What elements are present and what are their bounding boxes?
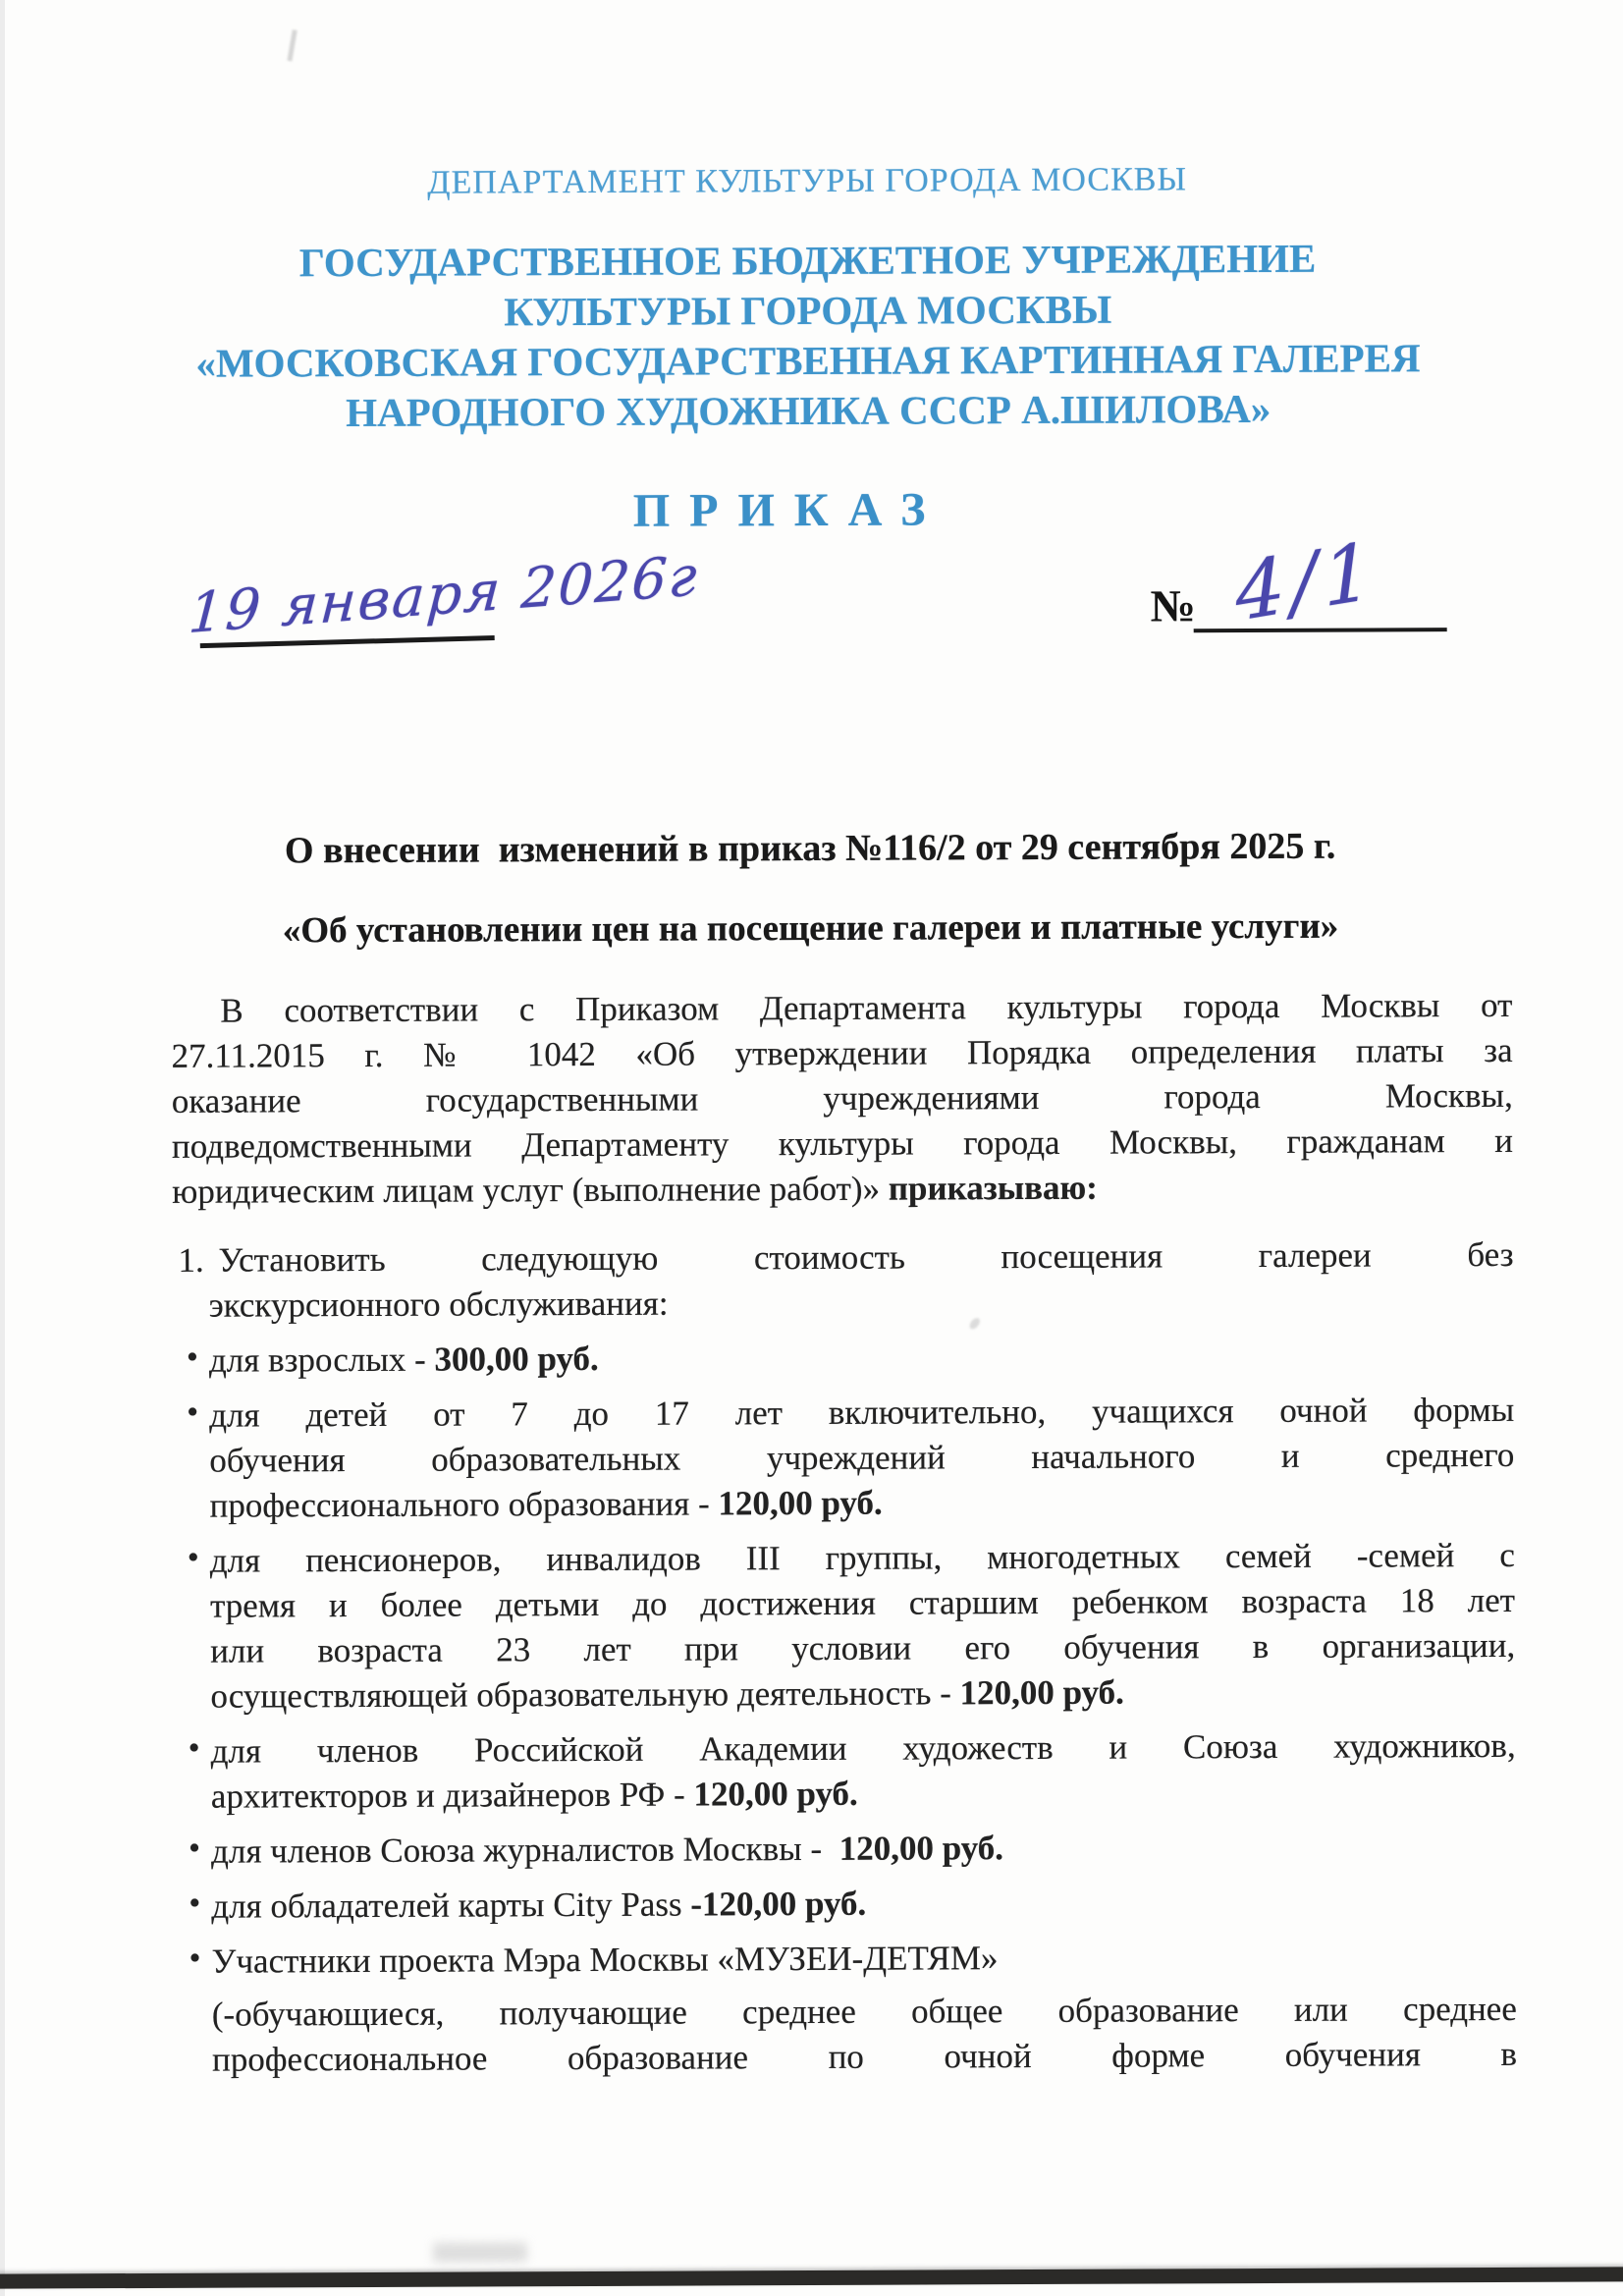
bullet-line: или возраста 23 лет при условии его обуч… [210,1623,1515,1674]
intro-line: 27.11.2015 г. № 1042 «Об утверждении Пор… [171,1028,1512,1079]
institution-line: «МОСКОВСКАЯ ГОСУДАРСТВЕННАЯ КАРТИННАЯ ГА… [0,332,1620,389]
bullet-line: обучения образовательных учреждений нача… [209,1433,1514,1484]
intro-paragraph: В соответствии с Приказом Департамента к… [171,983,1513,1215]
bullet-item-muzei-detyam: • Участники проекта Мэра Москвы «МУЗЕИ-Д… [176,1934,1517,1985]
bullet-last-line: архитекторов и дизайнеров РФ - 120,00 ру… [211,1769,1516,1820]
price-bold: 120,00 руб. [718,1484,882,1523]
bullet-item-children: • для детей от 7 до 17 лет включительно,… [173,1388,1515,1529]
price-bold: 120,00 руб. [960,1673,1124,1713]
bullet-tail: профессионального образования - [209,1484,718,1524]
bullet-icon: • [189,1937,200,1982]
bullet-icon: • [188,1536,199,1581]
institution-line: ГОСУДАРСТВЕННОЕ БЮДЖЕТНОЕ УЧРЕЖДЕНИЕ [0,232,1619,289]
intro-line: подведомственными Департаменту культуры … [172,1119,1513,1170]
bullet-text: для членов Союза журналистов Москвы - 12… [211,1824,1516,1875]
bullet-text: для взрослых - 300,00 руб. [209,1333,1514,1384]
intro-line: оказание государственными учреждениями г… [172,1073,1513,1124]
bullet-tail: архитекторов и дизайнеров РФ - [211,1776,694,1816]
order-body: В соответствии с Приказом Департамента к… [171,983,1517,2083]
subject-line-2: «Об установлении цен на посещение галере… [58,904,1563,954]
item-number: 1. [178,1238,203,1284]
institution-line: НАРОДНОГО ХУДОЖНИКА СССР А.ШИЛОВА» [0,382,1620,439]
handwritten-number: 4/1 [1233,524,1380,639]
intro-tail: юридическим лицам услуг (выполнение рабо… [172,1170,889,1211]
bullet-icon: • [189,1827,200,1872]
bullet-line: для детей от 7 до 17 лет включительно, у… [209,1388,1514,1439]
bullet-last-line: профессионального образования - 120,00 р… [209,1478,1514,1529]
price-bold: 120,00 руб. [839,1829,1003,1868]
scan-shadow [433,2242,527,2262]
prikazyvayu-bold: приказываю: [889,1169,1098,1208]
bullet-tail: для взрослых - [209,1340,435,1380]
intro-last-line: юридическим лицам услуг (выполнение рабо… [172,1164,1513,1215]
department-title: ДЕПАРТАМЕНТ КУЛЬТУРЫ ГОРОДА МОСКВЫ [0,159,1619,203]
price-bold: -120,00 руб. [690,1885,866,1924]
bullet-last-line: осуществляющей образовательную деятельно… [210,1668,1515,1720]
bullet-line: для членов Российской Академии художеств… [211,1723,1516,1775]
institution-title: ГОСУДАРСТВЕННОЕ БЮДЖЕТНОЕ УЧРЕЖДЕНИЕ КУЛ… [0,232,1620,439]
price-bold: 300,00 руб. [434,1339,598,1379]
bullet-item-adults: • для взрослых - 300,00 руб. [173,1333,1514,1384]
institution-line: КУЛЬТУРЫ ГОРОДА МОСКВЫ [0,282,1619,339]
bullet-tail: осуществляющей образовательную деятельно… [210,1673,959,1715]
bullet-icon: • [187,1391,198,1436]
bullet-item-citypass: • для обладателей карты City Pass -120,0… [175,1879,1516,1930]
document-page: ДЕПАРТАМЕНТ КУЛЬТУРЫ ГОРОДА МОСКВЫ ГОСУД… [0,0,1623,2296]
price-bold: 120,00 руб. [693,1775,857,1814]
bullet-text: для обладателей карты City Pass -120,00 … [211,1879,1516,1930]
handwritten-date: 19 января 2026г [187,544,700,646]
bullet-icon: • [189,1882,200,1927]
bullet-tail: для членов Союза журналистов Москвы - [211,1830,839,1871]
continuation-line: (-обучающиеся, получающие среднее общее … [212,1987,1517,2038]
continuation-paragraph: (-обучающиеся, получающие среднее общее … [176,1987,1517,2083]
bullet-item-pensioners: • для пенсионеров, инвалидов III группы,… [174,1533,1516,1720]
bullet-tail: для обладателей карты City Pass [211,1886,690,1926]
intro-line: В соответствии с Приказом Департамента к… [171,983,1512,1034]
item1-line: Установить следующую стоимость посещения… [208,1232,1513,1284]
ink-smudge [287,29,297,61]
bullet-icon: • [187,1336,198,1381]
continuation-line: профессиональное образование по очной фо… [212,2032,1517,2083]
bullet-text: Участники проекта Мэра Москвы «МУЗЕИ-ДЕТ… [212,1934,1517,1985]
bullet-line: тремя и более детьми до достижения старш… [210,1578,1515,1629]
numbered-item-1: 1. Установить следующую стоимость посеще… [172,1232,1513,1329]
scan-tilt-layer: ДЕПАРТАМЕНТ КУЛЬТУРЫ ГОРОДА МОСКВЫ ГОСУД… [0,0,1623,2296]
number-underline [1194,628,1447,632]
bullet-line: для пенсионеров, инвалидов III группы, м… [210,1533,1515,1584]
item1-last-line: экскурсионного обслуживания: [209,1278,1514,1329]
bullet-item-journalists: • для членов Союза журналистов Москвы - … [175,1824,1516,1875]
subject-line-1: О внесении изменений в приказ №116/2 от … [58,824,1563,874]
scan-bottom-edge [0,2267,1623,2288]
bullet-icon: • [189,1726,200,1772]
bullet-item-academy-members: • для членов Российской Академии художес… [175,1723,1516,1820]
number-label: № [1150,579,1195,631]
